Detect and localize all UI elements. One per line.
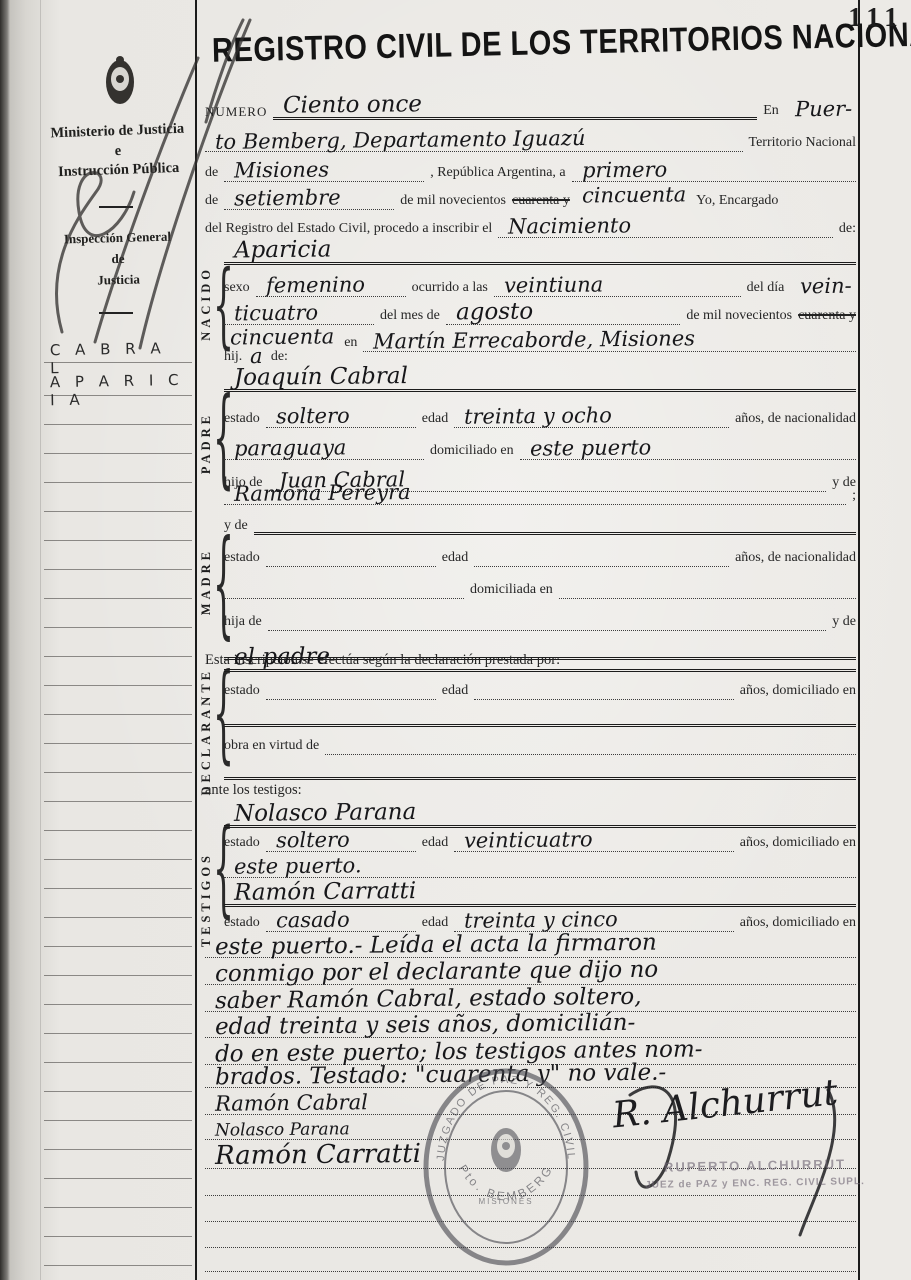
month-field: setiembre [224, 189, 394, 210]
closing-line: este puerto.- Leída el acta la firmaron [205, 928, 856, 958]
sidebar-divider [99, 312, 133, 314]
semicolon-label: ; [852, 489, 856, 505]
padre-abuela-row: Ramona Pereyra ; [224, 475, 856, 505]
hora-field: veintiuna [494, 276, 741, 297]
fold-line [40, 0, 41, 1280]
madre-nacionalidad-field [224, 598, 464, 599]
month-value: setiembre [224, 188, 345, 209]
numero-field: Ciento once [273, 95, 757, 120]
padre-nacionalidad-value: paraguaya [224, 438, 351, 459]
madre-anios-label: años, de nacionalidad [735, 551, 856, 567]
numero-row: NUMERO Ciento once En Puer- [205, 90, 856, 120]
territory-value: Misiones [224, 161, 333, 182]
inspection-line1: Inspección General [53, 226, 182, 250]
margin-rules [44, 395, 192, 1275]
sexo-value: femenino [256, 276, 369, 297]
madre-domicilio-field [559, 598, 856, 599]
inspection-line3: Justicia [54, 268, 183, 292]
madre-hija-label: hija de [224, 615, 262, 631]
section-label-padre: PADRE [199, 412, 214, 474]
padre-estado-value: soltero [266, 407, 354, 428]
madre-yde-label: y de [224, 519, 248, 535]
sexo-field: femenino [256, 276, 406, 297]
abuela-value: Ramona Pereyra [224, 483, 415, 505]
round-seal-stamp: JUZGADO DE PAZ Y REG. CIVIL Pto. BEMBERG… [420, 1066, 592, 1268]
seal-center-text: MISIONES [478, 1197, 533, 1206]
declarante-name-row: el padre [224, 642, 856, 672]
official-stamp-title: JUEZ de PAZ y ENC. REG. CIVIL SUPL. [640, 1176, 870, 1191]
madre-edad-label: edad [442, 551, 468, 567]
padre-name-field: Joaquín Cabral [224, 367, 856, 392]
numero-label: NUMERO [205, 105, 267, 120]
coat-of-arms-icon [92, 52, 202, 112]
nacido-name-row: Aparicia [224, 235, 856, 265]
sidebar-divider [99, 206, 133, 208]
closing-line: edad treinta y seis años, domicilián- [205, 1008, 856, 1038]
padre-domicilio-value: este puerto [519, 438, 654, 459]
blank-rule [205, 1271, 856, 1272]
date-row: de setiembre de mil novecientos cuarenta… [205, 180, 856, 210]
ante-testigos-label: ante los testigos: [205, 782, 302, 799]
page-number: 111 [843, 2, 909, 33]
margin-rule [44, 362, 192, 368]
padre-name-value: Joaquín Cabral [224, 366, 412, 390]
ministry-header: Ministerio de Justicia e Instrucción Púb… [43, 119, 193, 183]
madre-name-field [254, 532, 856, 535]
declarante-value: el padre [224, 647, 334, 670]
padre-domiciliado-label: domiciliado en [430, 444, 514, 460]
year-value: cincuenta [572, 185, 690, 206]
territorio-label: Territorio Nacional [749, 136, 856, 152]
madre-edad-field [474, 566, 729, 567]
section-label-madre: MADRE [199, 548, 214, 615]
madre-hija-row: hija de y de [224, 601, 856, 631]
padre-estado-field: soltero [266, 407, 416, 428]
padre-nacionalidad-row: paraguaya domiciliado en este puerto [224, 430, 856, 460]
nacido-dia-row: ticuatro del mes de agosto de mil noveci… [224, 295, 856, 325]
declarante-blank-row [224, 750, 856, 780]
declarante-blank-field [224, 777, 856, 780]
inspection-header: Inspección General de Justicia [53, 226, 183, 292]
place-row: to Bemberg, Departamento Iguazú Territor… [205, 122, 856, 152]
form-left-border [195, 0, 197, 1280]
madre-estado-label: estado [224, 551, 260, 567]
testigo1-domicilio-row: este puerto. [224, 848, 856, 878]
declarante-estado-row: estado edad años, domiciliado en [224, 670, 856, 700]
nacido-name-value: Aparicia [224, 240, 336, 263]
book-spine [0, 0, 10, 1280]
padre-anios-label: años, de nacionalidad [735, 412, 856, 428]
numero-value: Ciento once [273, 95, 426, 118]
inscribe-row: del Registro del Estado Civil, procedo a… [205, 208, 856, 238]
territory-row: de Misiones , República Argentina, a pri… [205, 152, 856, 182]
section-label-declarante: DECLARANTE [199, 668, 214, 796]
hora-value: veintiuna [494, 276, 607, 297]
nacido-name-field: Aparicia [224, 240, 856, 265]
madre-domicilio-row: domiciliada en [224, 569, 856, 599]
declarante-domicilio-row [224, 697, 856, 727]
madre-estado-field [266, 566, 436, 567]
padre-edad-field: treinta y ocho [454, 407, 729, 428]
madre-yde2-label: y de [832, 615, 856, 631]
abuela-field: Ramona Pereyra [224, 484, 846, 505]
signature-witness3: Ramón Carratti [205, 1142, 425, 1169]
registry-page: 111 REGISTRO CIVIL DE LOS TERRITORIOS NA… [0, 0, 911, 1280]
en-value: Puer- [785, 100, 856, 121]
official-stamp-name: RUPERTO ALCHURRUT [640, 1156, 870, 1175]
padre-edad-value: treinta y ocho [454, 406, 616, 428]
territory-field: Misiones [224, 161, 424, 182]
day-value: primero [572, 161, 671, 182]
madre-estado-row: estado edad años, de nacionalidad [224, 537, 856, 567]
madre-domiciliada-label: domiciliada en [470, 583, 553, 599]
padre-domicilio-field: este puerto [520, 439, 856, 460]
testigo1-domicilio-field: este puerto. [224, 857, 856, 878]
place-value: to Bemberg, Departamento Iguazú [205, 129, 590, 153]
section-label-nacido: NACIDO [199, 266, 214, 341]
padre-edad-label: edad [422, 412, 448, 428]
padre-nacionalidad-field: paraguaya [224, 439, 424, 460]
declarante-field: el padre [224, 647, 856, 672]
en-label: En [763, 104, 779, 120]
nacido-sexo-row: sexo femenino ocurrido a las veintiuna d… [224, 267, 856, 297]
closing-line: conmigo por el declarante que dijo no [205, 955, 856, 985]
place-field: to Bemberg, Departamento Iguazú [205, 131, 743, 152]
madre-yde-row: y de [224, 505, 856, 535]
padre-name-row: Joaquín Cabral [224, 362, 856, 392]
day-field: primero [572, 161, 856, 182]
testigo1-domicilio-value: este puerto. [224, 856, 366, 877]
padre-estado-row: estado soltero edad treinta y ocho años,… [224, 398, 856, 428]
padre-estado-label: estado [224, 412, 260, 428]
page-title: REGISTRO CIVIL DE LOS TERRITORIOS NACION… [212, 18, 853, 71]
ministry-line3: Instrucción Pública [44, 159, 193, 184]
